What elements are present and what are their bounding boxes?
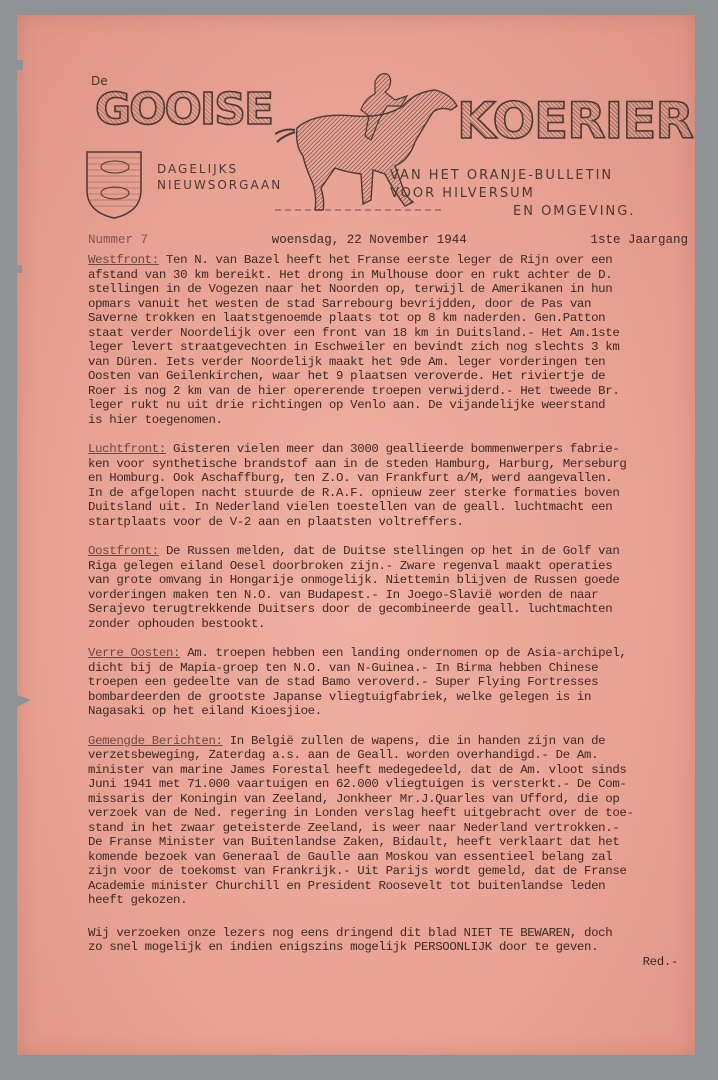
text-line: Wij verzoeken onze lezers nog eens dring…	[88, 926, 688, 941]
section-luchtfront: Luchtfront: Gisteren vielen meer dan 300…	[88, 442, 688, 529]
section-gemengde-berichten: Gemengde Berichten: In België zullen de …	[88, 734, 688, 908]
text-line: opmars vanuit het westen de stad Sarrebo…	[88, 297, 688, 312]
text-line: Ten N. van Bazel heeft het Franse eerste…	[159, 253, 612, 267]
text-line: verzetsbeweging, Zaterdag a.s. aan de Ge…	[88, 748, 688, 763]
masthead-title-left: GOOISE	[95, 84, 272, 135]
text-line: Juni 1941 met 71.000 vaartuigen en 62.00…	[88, 777, 688, 792]
text-line: zijn voor de toekomst van Frankrijk.- Ui…	[88, 864, 688, 879]
text-line: afstand van 30 km bereikt. Het drong in …	[88, 268, 688, 283]
closing-notice: Wij verzoeken onze lezers nog eens dring…	[88, 926, 688, 970]
section-westfront: Westfront: Ten N. van Bazel heeft het Fr…	[88, 253, 688, 427]
text-line: missaris der Koningin van Zeeland, Jonkh…	[88, 792, 688, 807]
text-line: minister van marine James Forestal heeft…	[88, 763, 688, 778]
text-line: Duitsland uit. In Nederland vielen toest…	[88, 500, 688, 515]
article-body: Westfront: Ten N. van Bazel heeft het Fr…	[88, 253, 688, 969]
section-heading: Oostfront:	[88, 544, 159, 558]
text-line: staat verder Noordelijk over een front v…	[88, 326, 688, 341]
coat-of-arms-icon	[85, 150, 143, 220]
section-oostfront: Oostfront: De Russen melden, dat de Duit…	[88, 544, 688, 631]
text-line: Saverne trokken en laatstgenoemde plaats…	[88, 311, 688, 326]
text-line: vorderingen maken ten N.O. van Budapest.…	[88, 588, 688, 603]
text-line: Nagasaki op het eiland Kioesjioe.	[88, 704, 688, 719]
issue-date: woensdag, 22 November 1944	[272, 233, 467, 247]
issue-info: Nummer 7 woensdag, 22 November 1944 1ste…	[88, 233, 688, 247]
section-heading: Verre Oosten:	[88, 646, 180, 660]
torn-edge	[17, 265, 22, 273]
subtitle-and-surroundings: EN OMGEVING.	[513, 204, 635, 219]
subtitle-daily: DAGELIJKS	[157, 162, 238, 176]
text-line: zo snel mogelijk en indien enigszins mog…	[88, 940, 688, 955]
text-line: Oosten van Geilenkirchen, waar het 9 pla…	[88, 369, 688, 384]
torn-edge	[17, 60, 23, 70]
text-line: In de afgelopen nacht stuurde de R.A.F. …	[88, 486, 688, 501]
text-line: is hier toegenomen.	[88, 413, 688, 428]
subtitle-news-organ: NIEUWSORGAAN	[157, 178, 282, 192]
section-heading: Gemengde Berichten:	[88, 734, 223, 748]
text-line: bombardeerden de grootste Japanse vliegt…	[88, 690, 688, 705]
masthead-title-right: KOERIER	[457, 92, 693, 150]
issue-number: Nummer 7	[88, 233, 148, 247]
text-line: Riga gelegen eiland Oesel doorbroken zij…	[88, 559, 688, 574]
section-verre-oosten: Verre Oosten: Am. troepen hebben een lan…	[88, 646, 688, 719]
masthead: De GOOISE DAGELIJKS NIEUWSORGAAN KOERIER…	[85, 70, 685, 230]
issue-volume: 1ste Jaargang	[590, 233, 688, 247]
text-line: leger rukt nu uit drie richtingen op Ven…	[88, 398, 688, 413]
section-heading: Luchtfront:	[88, 442, 166, 456]
text-line: Gisteren vielen meer dan 3000 geallieerd…	[166, 442, 619, 456]
text-line: heeft gekozen.	[88, 893, 688, 908]
text-line: Serajevo terugtrekkende Duitsers door de…	[88, 602, 688, 617]
text-line: en Homburg. Ook Aschaffburg, ten Z.O. va…	[88, 471, 688, 486]
text-line: dicht bij de Mapia-groep ten N.O. van N-…	[88, 661, 688, 676]
text-line: Roer is nog 2 km van de hier opererende …	[88, 384, 688, 399]
text-line: stand in het zwaar geteisterde Zeeland, …	[88, 821, 688, 836]
text-line: ken voor synthetische brandstof aan in d…	[88, 457, 688, 472]
text-line: In België zullen de wapens, die in hande…	[223, 734, 606, 748]
text-line: startplaats voor de V-2 aan en plaatsten…	[88, 515, 688, 530]
text-line: stellingen in de Vogezen naar het Noorde…	[88, 282, 688, 297]
text-line: De Franse Minister van Buitenlandse Zake…	[88, 835, 688, 850]
text-line: komende bezoek van Generaal de Gaulle aa…	[88, 850, 688, 865]
text-line: leger levert straatgevechten in Eschweil…	[88, 340, 688, 355]
text-line: Academie minister Churchill en President…	[88, 879, 688, 894]
section-heading: Westfront:	[88, 253, 159, 267]
editor-signature: Red.-	[88, 955, 688, 970]
text-line: De Russen melden, dat de Duitse stelling…	[159, 544, 620, 558]
text-line: Am. troepen hebben een landing ondernome…	[180, 646, 626, 660]
text-line: van Düren. Iets verder Noordelijk maakt …	[88, 355, 688, 370]
subtitle-orange-bulletin: VAN HET ORANJE-BULLETIN	[390, 168, 613, 183]
text-line: van grote omvang in Hongarije onmogelijk…	[88, 573, 688, 588]
text-line: troepen een gedeelte van de stad Bamo ve…	[88, 675, 688, 690]
subtitle-for-hilversum: VOOR HILVERSUM	[390, 186, 535, 201]
text-line: verzoek van de Ned. regering in Londen v…	[88, 806, 688, 821]
text-line: zonder ophouden bestookt.	[88, 617, 688, 632]
